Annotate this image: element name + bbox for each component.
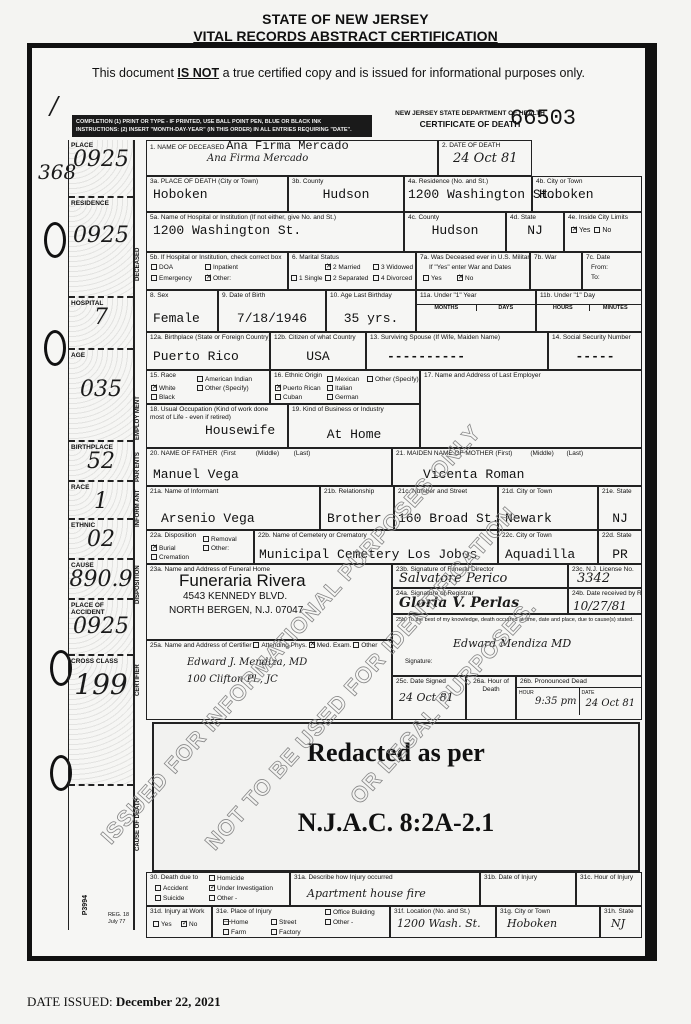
code-race: RACE1 xyxy=(69,482,133,520)
field-ssn: 14. Social Security Number----- xyxy=(548,332,642,370)
checkbox-no[interactable] xyxy=(594,227,600,233)
field-father-name: 20. NAME OF FATHER (First (Middle) (Last… xyxy=(146,448,392,486)
field-county-of-death: 3b. CountyHudson xyxy=(288,176,404,212)
code-cause: CAUSE890.9 xyxy=(69,560,133,600)
field-injury-city: 31g. City or TownHoboken xyxy=(496,906,600,938)
section-informant: INFORM ANT xyxy=(134,486,146,530)
field-sex: 8. SexFemale xyxy=(146,290,218,332)
section-parents: PAR ENTS xyxy=(134,448,146,486)
field-residence-state: 4d. StateNJ xyxy=(506,212,564,252)
form-revision: REG. 18 July 77 xyxy=(108,912,130,926)
field-birthplace: 12a. Birthplace (State or Foreign Countr… xyxy=(146,332,270,370)
checkbox-yes[interactable]: ✕ xyxy=(571,227,577,233)
informational-notice: This document IS NOT a true certified co… xyxy=(32,66,645,80)
field-license-number: 23c. N.J. License No.3342 xyxy=(568,564,642,588)
field-hour-of-injury: 31c. Hour of Injury xyxy=(576,872,642,906)
field-marital-status: 6. Marital Status ✕2 Married 3 Widowed 1… xyxy=(288,252,416,290)
code-age: AGE035 xyxy=(69,350,133,442)
field-surviving-spouse: 13. Surviving Spouse (If Wife, Maiden Na… xyxy=(366,332,548,370)
code-place-of-accident: PLACE OF ACCIDENT0925 xyxy=(69,600,133,656)
field-place-of-injury: 31e. Place of Injury —Home Farm Street F… xyxy=(212,906,390,938)
field-war: 7b. War xyxy=(530,252,582,290)
punch-hole-mark xyxy=(44,222,66,258)
field-hospital-status: 5b. If Hospital or Institution, check co… xyxy=(146,252,288,290)
field-date-of-birth: 9. Date of Birth7/18/1946 xyxy=(218,290,326,332)
field-military-service: 7a. Was Deceased ever in U.S. Military I… xyxy=(416,252,530,290)
issue-date: December 22, 2021 xyxy=(116,994,221,1009)
field-informant-name: 21a. Name of InformantArsenio Vega xyxy=(146,486,320,530)
field-date-of-death: 2. DATE OF DEATH 24 Oct 81 xyxy=(438,140,532,176)
form-number: P3994 xyxy=(82,895,89,915)
field-disposition: 22a. Disposition ✕Burial Cremation Remov… xyxy=(146,530,254,564)
field-date-of-injury: 31b. Date of Injury xyxy=(480,872,576,906)
deceased-signature: Ana Firma Mercado xyxy=(147,153,437,164)
completion-instructions: COMPLETION (1) PRINT OR TYPE - IF PRINTE… xyxy=(72,115,372,137)
field-place-of-death: 3a. PLACE OF DEATH (City or Town)Hoboken xyxy=(146,176,288,212)
field-citizenship: 12b. Citizen of what CountryUSA xyxy=(270,332,366,370)
field-under-one-year: 11a. Under "1" Year MONTHSDAYS xyxy=(416,290,536,332)
code-birthplace: BIRTHPLACE52 xyxy=(69,442,133,482)
field-age: 10. Age Last Birthday35 yrs. xyxy=(326,290,416,332)
field-informant-state: 21e. StateNJ xyxy=(598,486,642,530)
field-war-dates: 7c. Date From: To: xyxy=(582,252,642,290)
code-residence: RESIDENCE0925 xyxy=(69,198,133,298)
document-state-heading: STATE OF NEW JERSEY xyxy=(0,11,691,27)
field-business: 19. Kind of Business or IndustryAt Home xyxy=(288,404,420,448)
field-cemetery-state: 22d. StatePR xyxy=(598,530,642,564)
document-title: VITAL RECORDS ABSTRACT CERTIFICATION xyxy=(0,28,691,44)
code-ethnic: ETHNIC02 xyxy=(69,520,133,560)
field-inside-city-limits: 4e. Inside City Limits ✕Yes No xyxy=(564,212,642,252)
code-hospital: HOSPITAL7 xyxy=(69,298,133,350)
field-residence-city: 4b. City or TownHoboken xyxy=(532,176,642,212)
code-place: PLACE0925 xyxy=(69,140,133,198)
field-ethnic-origin: 16. Ethnic Origin ✕Puerto Rican Cuban Me… xyxy=(270,370,420,404)
field-pronounced-dead: 26b. Pronounced Dead HOUR9:35 pm DATE24 … xyxy=(516,676,642,720)
field-cemetery-city: 22c. City or TownAquadilla xyxy=(498,530,598,564)
field-under-one-day: 11b. Under "1" Day HOURSMINUTES xyxy=(536,290,642,332)
section-disposition: DISPOSITION xyxy=(134,530,146,640)
is-not-emphasis: IS NOT xyxy=(177,66,219,80)
field-injury-at-work: 31d. Injury at Work Yes ✓No xyxy=(146,906,212,938)
field-injury-description: 31a. Describe how Injury occurredApartme… xyxy=(290,872,480,906)
certificate-number: 66503 xyxy=(510,106,576,131)
field-funeral-director-signature: 23b. Signature of Funeral DirectorSalvat… xyxy=(392,564,568,588)
field-death-due-to: 30. Death due to Accident Suicide Homici… xyxy=(146,872,290,906)
section-employment: EMPLOY MENT xyxy=(134,388,146,448)
punch-hole-mark xyxy=(44,330,66,366)
field-injury-location: 31f. Location (No. and St.)1200 Wash. St… xyxy=(390,906,496,938)
field-occupation: 18. Usual Occupation (Kind of work done … xyxy=(146,404,288,448)
field-injury-state: 31h. StateNJ xyxy=(600,906,642,938)
date-issued: DATE ISSUED: December 22, 2021 xyxy=(27,994,221,1010)
code-cross-class: CROSS CLASS199 xyxy=(69,656,133,786)
field-name-of-deceased: 1. NAME OF DECEASED Ana Firma Mercado An… xyxy=(146,140,438,176)
section-deceased: DECEASED xyxy=(134,140,146,388)
field-hospital-name: 5a. Name of Hospital or Institution (If … xyxy=(146,212,404,252)
field-residence: 4a. Residence (No. and St.)1200 Washingt… xyxy=(404,176,532,212)
field-residence-county: 4c. CountyHudson xyxy=(404,212,506,252)
section-certifier: CERTIFIER xyxy=(134,640,146,720)
field-registrar-date: 24b. Date received by Registrar10/27/81 xyxy=(568,588,642,614)
field-race: 15. Race ✕White Black American Indian Ot… xyxy=(146,370,270,404)
check-mark: / xyxy=(50,92,58,120)
